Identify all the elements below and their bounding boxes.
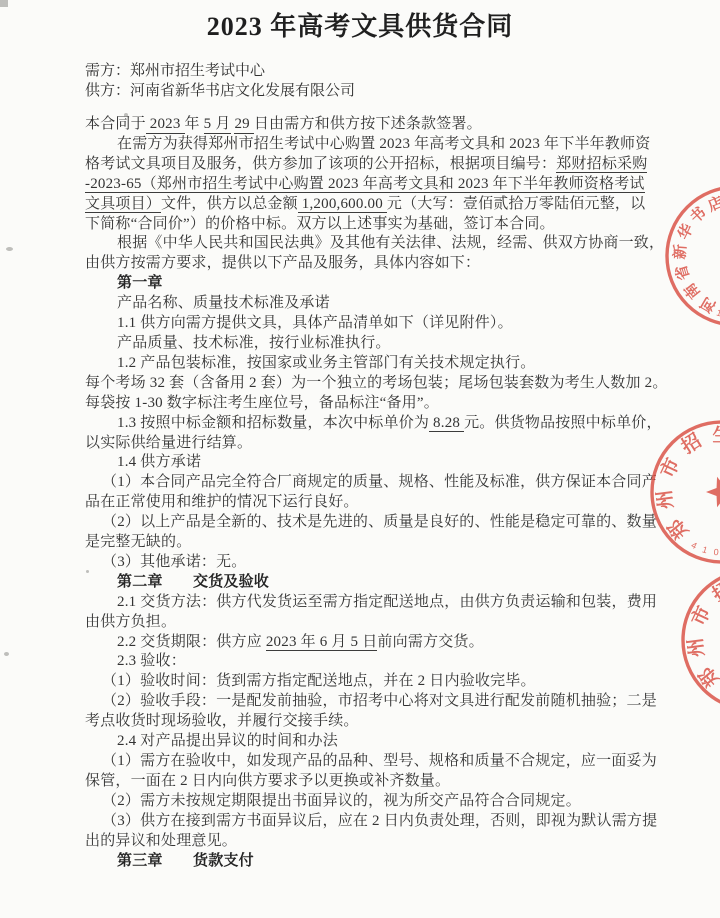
text-line: 是完整无缺的。 (85, 533, 656, 553)
svg-text:0: 0 (713, 547, 719, 557)
svg-text:招: 招 (677, 429, 705, 459)
text-line: 1.1 供方向需方提供文具，具体产品清单如下（详见附件）。 (85, 314, 656, 334)
text-line: 产品质量、技术标准，按行业标准执行。 (85, 334, 656, 354)
svg-text:1: 1 (701, 544, 709, 555)
text-line: （3）其他承诺：无。 (85, 553, 656, 573)
svg-text:1: 1 (715, 307, 720, 318)
official-seal: 郑州市招生考试中心410102 (652, 422, 720, 562)
text-line: （2）验收手段：一是配发前抽验，市招考中心将对文具进行配发前随机抽验；二是 (85, 692, 656, 712)
svg-text:南: 南 (680, 279, 703, 302)
text-line: 根据《中华人民共和国民法典》及其他有关法律、法规，经需、供双方协商一致， (85, 234, 656, 254)
svg-text:郑: 郑 (663, 514, 693, 544)
text-line: 产品名称、质量技术标准及承诺 (85, 294, 656, 314)
text-line: 2.2 交货期限：供方应 2023 年 6 月 5 日前向需方交货。 (85, 633, 656, 653)
text-line: 考点收货时现场验收，并履行交接手续。 (85, 712, 656, 732)
seal-star-icon (703, 472, 720, 509)
text-line: 2.1 交货方法：供方代发货运至需方指定配送地点，由供方负责运输和包装，费用 (85, 593, 656, 613)
official-seal: 河南省新华书店文化发展有限公司410102 (667, 187, 720, 325)
text-line: 在需方为获得郑州市招生考试中心购置 2023 年高考文具和 2023 年下半年教… (85, 135, 656, 155)
text-line: 1.4 供方承诺 (85, 453, 656, 473)
text-line: 以实际供给量进行结算。 (85, 434, 656, 454)
page-title: 2023 年高考文具供货合同 (0, 10, 720, 44)
text-line: 第一章 (85, 274, 656, 294)
scan-artifact (4, 652, 9, 656)
text-line: 由供方负担。 (85, 613, 656, 633)
text-line: （1）需方在验收中，如发现产品的品种、型号、规格和质量不合规定，应一面妥为 (85, 752, 656, 772)
svg-text:招: 招 (708, 577, 720, 607)
text-line: -2023-65（郑州市招生考试中心购置 2023 年高考文具和 2023 年下… (85, 175, 656, 195)
text-line: 第二章 交货及验收 (85, 573, 656, 593)
supplier-label: 供方： (85, 83, 130, 99)
svg-text:店: 店 (705, 193, 720, 215)
svg-text:省: 省 (673, 263, 694, 282)
svg-text:州: 州 (653, 489, 677, 511)
buyer-label: 需方： (85, 63, 130, 79)
text-line: 品在正常使用和维护的情况下运行良好。 (85, 493, 656, 513)
svg-text:书: 书 (686, 203, 709, 226)
text-line: 2.4 对产品提出异议的时间和办法 (85, 732, 656, 752)
contract-page: 2023 年高考文具供货合同 需方：郑州市招生考试中心 供方：河南省新华书店文化… (0, 0, 720, 918)
text-line: 本合同于 2023 年 5 月 29 日由需方和供方按下述条款签署。 (85, 115, 656, 135)
svg-text:生: 生 (712, 423, 720, 446)
text-line: 1.2 产品包装标准，按国家或业务主管部门有关技术规定执行。 (85, 354, 656, 374)
text-line: 每袋按 1-30 数字标注考生座位号，备品标注“备用”。 (85, 394, 656, 414)
svg-text:华: 华 (674, 221, 697, 242)
contract-body: 本合同于 2023 年 5 月 29 日由需方和供方按下述条款签署。在需方为获得… (85, 115, 656, 871)
text-line: 保管，一面在 2 日内向供方要求予以更换或补齐数量。 (85, 772, 656, 792)
text-line: （1）验收时间：货到需方指定配送地点，并在 2 日内验收完毕。 (85, 672, 656, 692)
text-line: （1）本合同产品完全符合厂商规定的质量、规格、性能及标准，供方保证本合同产 (85, 473, 656, 493)
buyer-line: 需方：郑州市招生考试中心 (85, 62, 720, 82)
text-line: 出的异议和处理意见。 (85, 832, 656, 852)
svg-text:市: 市 (686, 602, 715, 629)
scan-artifact (86, 570, 89, 573)
parties-block: 需方：郑州市招生考试中心 供方：河南省新华书店文化发展有限公司 (85, 62, 720, 101)
text-line: 文具项目）文件，供方以总金额 1,200,600.00 元（大写：壹佰贰拾万零陆… (85, 195, 656, 215)
svg-text:新: 新 (671, 244, 690, 260)
text-line: 由供方按需方要求，提供以下产品及服务，具体内容如下： (85, 254, 656, 274)
text-line: 第三章 货款支付 (85, 852, 656, 872)
svg-text:4: 4 (690, 540, 699, 551)
official-seal: 郑州市招生考试中心410102 (683, 570, 720, 710)
supplier-line: 供方：河南省新华书店文化发展有限公司 (85, 82, 720, 102)
text-line: （3）供方在接到需方书面异议后，应在 2 日内负责处理，否则，即视为默认需方提 (85, 812, 656, 832)
text-line: 2.3 验收： (85, 652, 656, 672)
text-line: 下简称“合同价”）的价格中标。双方以上述事实为基础，签订本合同。 (85, 215, 656, 235)
text-line: 每个考场 32 套（含备用 2 套）为一个独立的考场包装；尾场包装套数为考生人数… (85, 374, 656, 394)
scan-artifact (6, 247, 13, 251)
supplier-name: 河南省新华书店文化发展有限公司 (130, 83, 355, 99)
svg-text:郑: 郑 (694, 662, 720, 692)
svg-text:4: 4 (704, 303, 713, 314)
text-line: 1.3 按照中标金额和招标数量，本次中标单价为 8.28 元。供货物品按照中标单… (85, 414, 656, 434)
scan-artifact (124, 113, 128, 117)
svg-text:州: 州 (684, 637, 708, 659)
text-line: 格考试文具项目及服务，供方参加了该项的公开招标，根据项目编号：郑财招标采购 (85, 155, 656, 175)
svg-text:河: 河 (697, 293, 719, 315)
buyer-name: 郑州市招生考试中心 (130, 63, 265, 79)
svg-text:市: 市 (655, 454, 684, 481)
text-line: （2）需方未按规定期限提出书面异议的，视为所交产品符合合同规定。 (85, 792, 656, 812)
text-line: （2）以上产品是全新的、技术是先进的、质量是良好的、性能是稳定可靠的、数量 (85, 513, 656, 533)
scan-artifact (0, 0, 8, 7)
